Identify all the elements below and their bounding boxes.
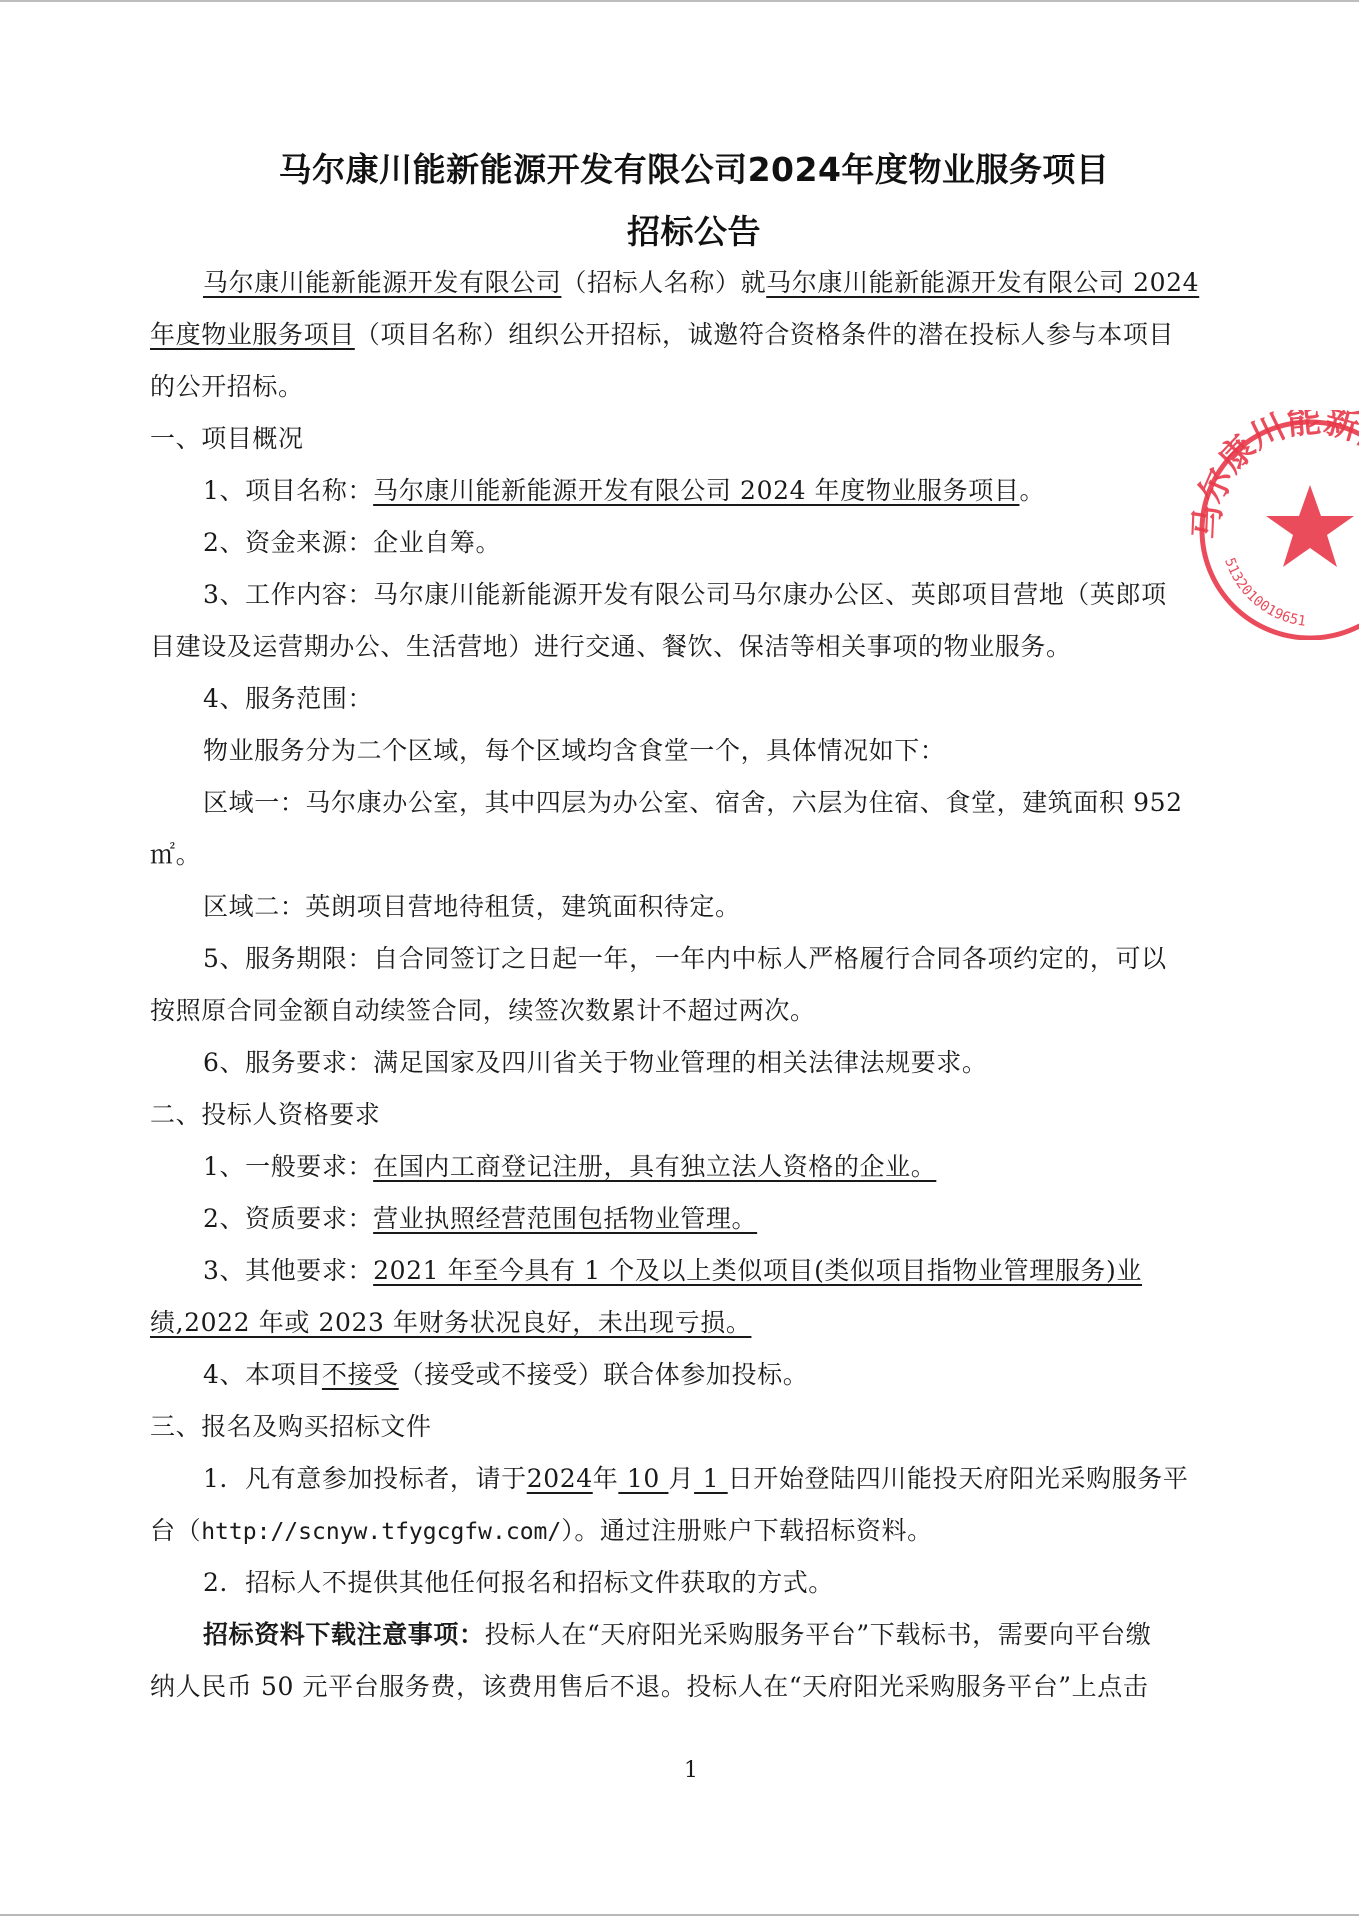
- item-text: 台（: [150, 1516, 201, 1545]
- platform-url: http://scnyw.tfygcgfw.com/: [201, 1519, 561, 1545]
- seal-code: 5132010019651: [1221, 556, 1307, 630]
- item-label: 1、项目名称：: [203, 476, 373, 505]
- item-value: 绩,2022 年或 2023 年财务状况良好，未出现亏损。: [150, 1308, 751, 1337]
- page-number: 1: [684, 1758, 698, 1783]
- item-text: 1．凡有意参加投标者，请于: [203, 1464, 527, 1493]
- document-subtitle: 招标公告: [150, 206, 1238, 253]
- consortium-value: 不接受: [322, 1360, 399, 1389]
- other-requirement-line-1: 3、其他要求：2021 年至今具有 1 个及以上类似项目(类似项目指物业管理服务…: [203, 1256, 1142, 1286]
- tenderer-name: 马尔康川能新能源开发有限公司: [203, 268, 561, 297]
- section-heading-qualifications: 二、投标人资格要求: [150, 1100, 380, 1130]
- project-name-end: 年度物业服务项目: [150, 320, 355, 349]
- general-requirement: 1、一般要求：在国内工商登记注册，具有独立法人资格的企业。: [203, 1152, 936, 1182]
- section-heading-overview: 一、项目概况: [150, 424, 304, 454]
- area-one-line-1: 区域一：马尔康办公室，其中四层为办公室、宿舍，六层为住宿、食堂，建筑面积 952: [203, 788, 1183, 818]
- work-content-line-1: 3、工作内容：马尔康川能新能源开发有限公司马尔康办公区、英郎项目营地（英郎项: [203, 580, 1167, 610]
- area-two: 区域二：英朗项目营地待租赁，建筑面积待定。: [203, 892, 741, 922]
- item-value: 马尔康川能新能源开发有限公司 2024 年度物业服务项目: [373, 476, 1019, 505]
- seal-star-icon: [1266, 485, 1354, 567]
- download-note-line-1: 招标资料下载注意事项：投标人在“天府阳光采购服务平台”下载标书，需要向平台缴: [203, 1620, 1151, 1650]
- company-seal-icon: 马尔康川能新能 5132010019651 回: [1190, 410, 1359, 640]
- service-term-line-2: 按照原合同金额自动续签合同，续签次数累计不超过两次。: [150, 996, 816, 1026]
- scan-edge-top: [0, 0, 1359, 2]
- item-label: 3、其他要求：: [203, 1256, 373, 1285]
- item-text: ）。通过注册账户下载招标资料。: [561, 1516, 933, 1545]
- registration-line-1: 1．凡有意参加投标者，请于2024年 10 月 1 日开始登陆四川能投天府阳光采…: [203, 1464, 1189, 1494]
- intro-text: （项目名称）组织公开招标，诚邀符合资格条件的潜在投标人参与本项目: [355, 320, 1174, 349]
- service-scope-intro: 物业服务分为二个区域，每个区域均含食堂一个，具体情况如下：: [203, 736, 945, 766]
- note-text: 投标人在“天府阳光采购服务平台”下载标书，需要向平台缴: [485, 1620, 1152, 1649]
- consortium-item: 4、本项目不接受（接受或不接受）联合体参加投标。: [203, 1360, 808, 1390]
- start-day: 1: [694, 1464, 728, 1493]
- area-one-line-2: ㎡。: [150, 840, 201, 870]
- other-requirement-line-2: 绩,2022 年或 2023 年财务状况良好，未出现亏损。: [150, 1308, 751, 1338]
- intro-line-3: 的公开招标。: [150, 372, 304, 402]
- year-unit: 年: [593, 1464, 619, 1493]
- intro-line-1: 马尔康川能新能源开发有限公司（招标人名称）就马尔康川能新能源开发有限公司 202…: [203, 268, 1199, 298]
- section-heading-registration: 三、报名及购买招标文件: [150, 1412, 432, 1442]
- svg-text:5132010019651: 5132010019651: [1221, 556, 1307, 630]
- item-label: 1、一般要求：: [203, 1152, 373, 1181]
- work-content-line-2: 目建设及运营期办公、生活营地）进行交通、餐饮、保洁等相关事项的物业服务。: [150, 632, 1072, 662]
- download-note-label: 招标资料下载注意事项：: [203, 1620, 485, 1649]
- item-value: 在国内工商登记注册，具有独立法人资格的企业。: [373, 1152, 936, 1181]
- item-text: 日开始登陆四川能投天府阳光采购服务平: [728, 1464, 1189, 1493]
- service-scope-item: 4、服务范围：: [203, 684, 373, 714]
- project-name-item: 1、项目名称：马尔康川能新能源开发有限公司 2024 年度物业服务项目。: [203, 476, 1045, 506]
- registration-item-2: 2．招标人不提供其他任何报名和招标文件获取的方式。: [203, 1568, 834, 1598]
- document-title: 马尔康川能新能源开发有限公司2024年度物业服务项目: [150, 144, 1238, 191]
- scan-edge-bottom: [0, 1914, 1359, 1916]
- item-text: （接受或不接受）联合体参加投标。: [399, 1360, 809, 1389]
- download-note-line-2: 纳人民币 50 元平台服务费，该费用售后不退。投标人在“天府阳光采购服务平台”上…: [150, 1672, 1148, 1702]
- intro-text: （招标人名称）就: [561, 268, 766, 297]
- month-unit: 月: [668, 1464, 694, 1493]
- intro-line-2: 年度物业服务项目（项目名称）组织公开招标，诚邀符合资格条件的潜在投标人参与本项目: [150, 320, 1174, 350]
- project-name-start: 马尔康川能新能源开发有限公司 2024: [766, 268, 1199, 297]
- item-value: 2021 年至今具有 1 个及以上类似项目(类似项目指物业管理服务)业: [373, 1256, 1142, 1285]
- service-term-line-1: 5、服务期限：自合同签订之日起一年，一年内中标人严格履行合同各项约定的，可以: [203, 944, 1167, 974]
- start-month: 10: [618, 1464, 668, 1493]
- service-requirement-item: 6、服务要求：满足国家及四川省关于物业管理的相关法律法规要求。: [203, 1048, 988, 1078]
- item-label: 2、资质要求：: [203, 1204, 373, 1233]
- item-end: 。: [1019, 476, 1045, 505]
- item-value: 营业执照经营范围包括物业管理。: [373, 1204, 757, 1233]
- start-year: 2024: [527, 1464, 593, 1493]
- item-label: 4、本项目: [203, 1360, 322, 1389]
- funding-source-item: 2、资金来源：企业自筹。: [203, 528, 501, 558]
- registration-line-2: 台（http://scnyw.tfygcgfw.com/）。通过注册账户下载招标…: [150, 1516, 933, 1547]
- qualification-requirement: 2、资质要求：营业执照经营范围包括物业管理。: [203, 1204, 757, 1234]
